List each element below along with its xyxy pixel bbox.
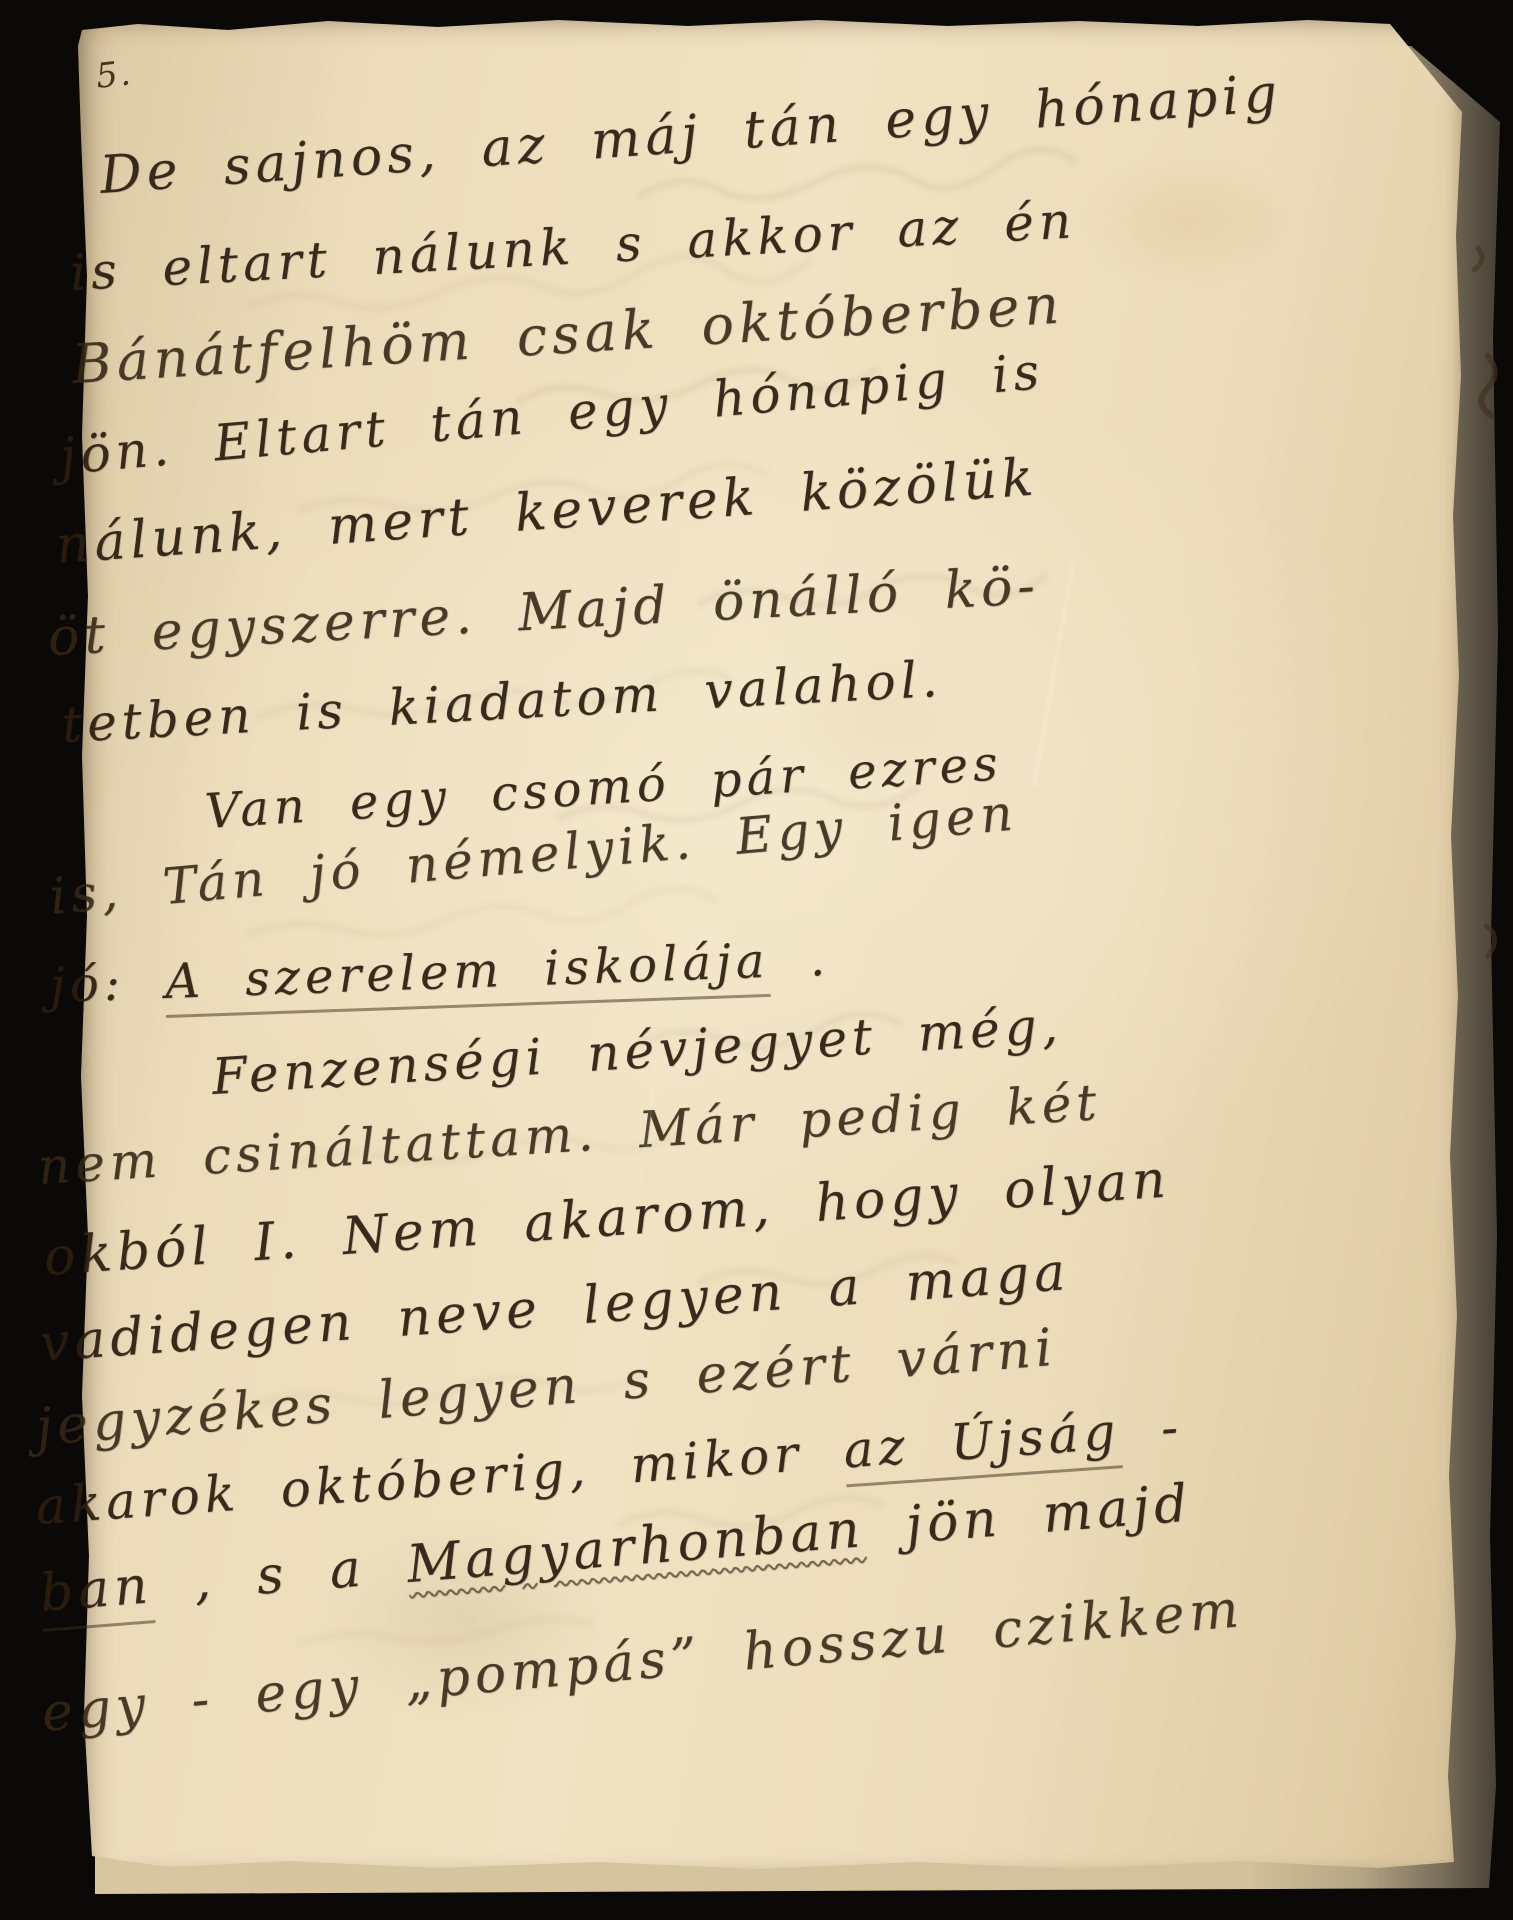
phrase: jó: — [49, 954, 166, 1014]
page-number: 5. — [94, 56, 134, 94]
photo-of-manuscript-page: 5. De sajnos, az máj tán egy hónapigis e… — [0, 0, 1513, 1920]
phrase: . — [768, 931, 830, 989]
underlined-phrase: ban — [38, 1555, 156, 1632]
phrase: - — [1118, 1398, 1185, 1460]
